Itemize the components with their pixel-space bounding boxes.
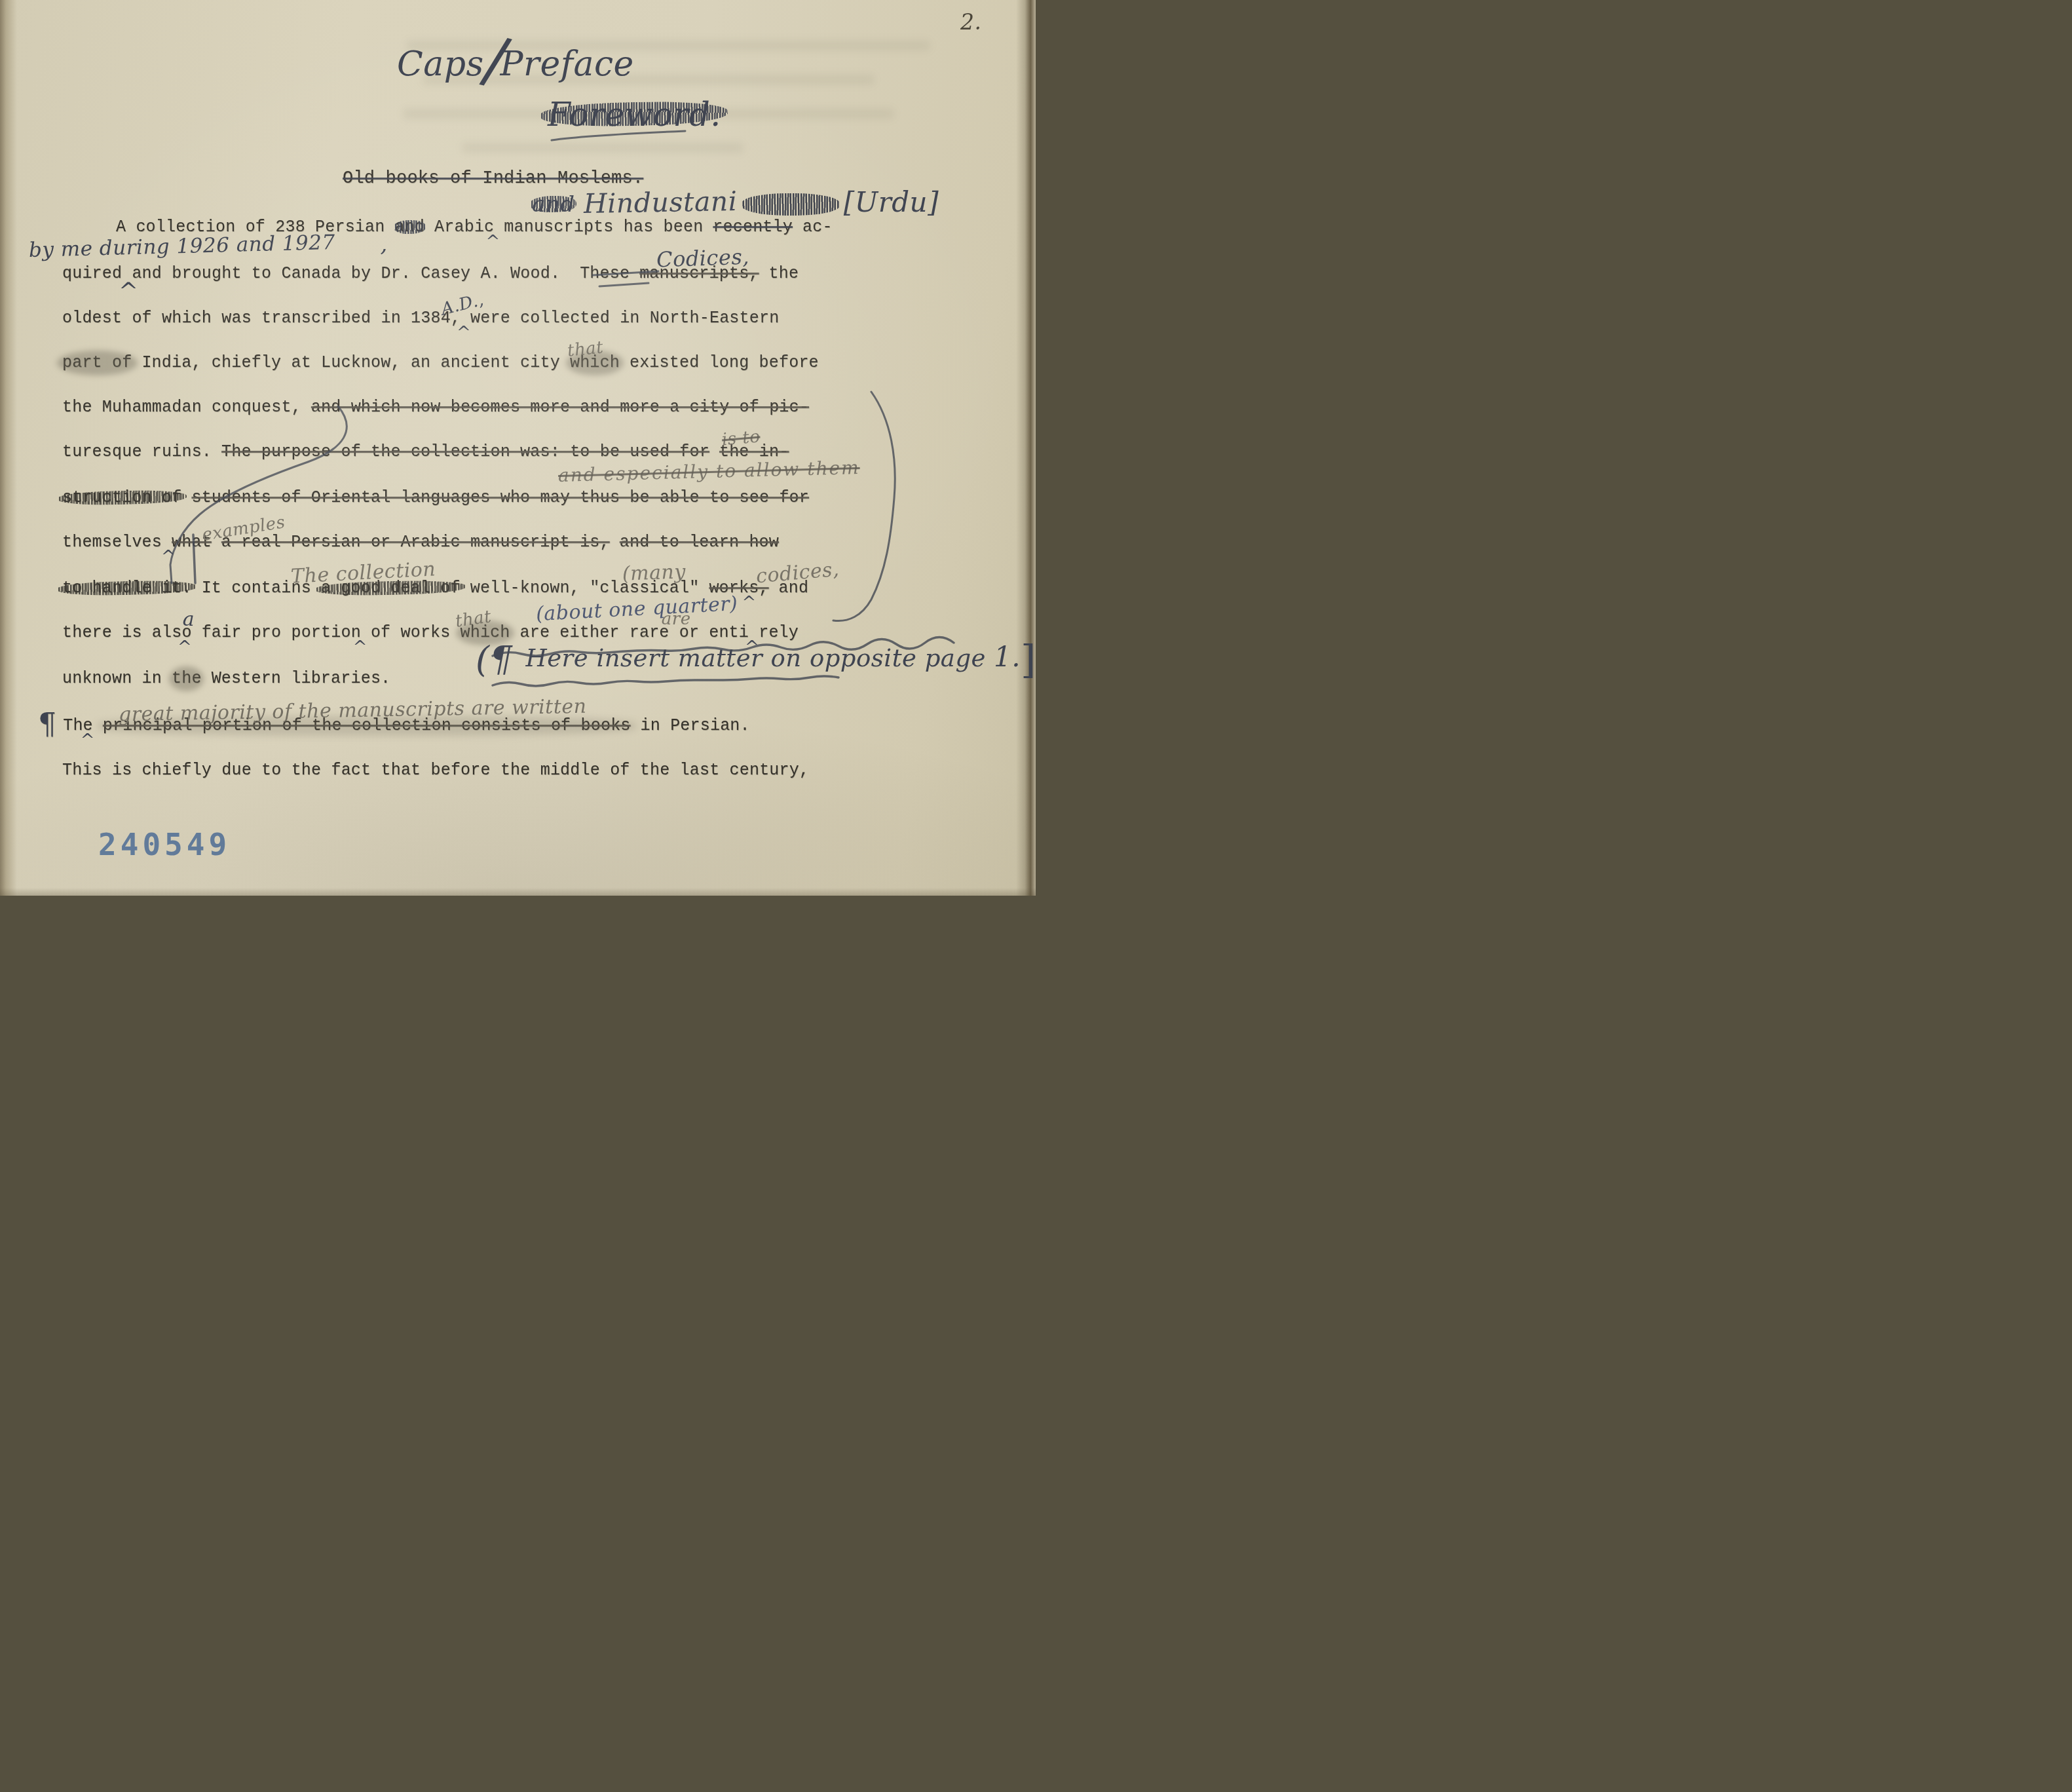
struck-word: whatexamples^ bbox=[172, 531, 212, 554]
typed-text: manuscripts has been bbox=[504, 218, 703, 237]
smudged-deleted-word: the bbox=[172, 668, 202, 690]
typed-text: existed long before bbox=[630, 353, 819, 372]
closing-bracket: ] bbox=[1021, 637, 1036, 683]
caps-instruction: Caps bbox=[397, 45, 484, 84]
typed-line: turesque ruins.The purpose of the collec… bbox=[62, 441, 789, 463]
struck-word: manuscripts,Codices, bbox=[639, 263, 759, 285]
typed-text: ac- bbox=[802, 218, 833, 237]
urdu-bracketed: [Urdu] bbox=[844, 186, 939, 218]
typed-line: to handle it.It containsThe collectiona … bbox=[62, 577, 808, 600]
caret-mark: ^ bbox=[161, 548, 176, 565]
inserted-text: are bbox=[662, 611, 691, 628]
struck-text: a real Persian or Arabic manuscript is, bbox=[221, 533, 610, 552]
inserted-text-blue-ink: (about one quarter) bbox=[535, 594, 738, 624]
note-text: Here insert matter on opposite page bbox=[525, 644, 986, 672]
typed-text: fair pro portion bbox=[202, 623, 361, 642]
typed-line: ¶The^principal portion of the collection… bbox=[38, 714, 750, 737]
deleted-heading: Foreword. bbox=[548, 96, 721, 134]
typed-line: part ofIndia, chiefly at Lucknow, an anc… bbox=[62, 352, 819, 374]
typed-text: It containsThe collection bbox=[202, 577, 311, 600]
note-page-ref: 1. bbox=[994, 641, 1021, 673]
typed-text: turesque ruins. bbox=[62, 442, 212, 461]
typed-text: These bbox=[580, 264, 630, 283]
typed-text: were collected in North-Eastern bbox=[470, 309, 779, 328]
typed-text: quired and brought to Canada by Dr. Case… bbox=[62, 263, 560, 285]
inserted-text: Codices, bbox=[656, 246, 750, 270]
caret-mark: ^ bbox=[486, 233, 500, 250]
inserted-comma: , bbox=[380, 233, 387, 256]
margin-insertion: by me during 1926 and 1927 bbox=[29, 231, 336, 262]
struck-text: to handle it. bbox=[62, 579, 192, 598]
typed-line: unknown intheWestern libraries. bbox=[62, 668, 390, 690]
inserted-text: that bbox=[567, 339, 605, 360]
inserted-language: Hindustani bbox=[584, 185, 738, 219]
inserted-text-struck: is to bbox=[721, 428, 761, 448]
handwritten-heading: Caps/Preface bbox=[397, 17, 634, 90]
caret-mark: ^ bbox=[178, 639, 192, 656]
struck-text: which bbox=[570, 353, 620, 372]
struck-text: a good deal of bbox=[321, 579, 461, 598]
typed-text: unknown in bbox=[62, 669, 162, 688]
title-annotation: andHindustani[Urdu] bbox=[532, 186, 939, 218]
page-bottom-edge bbox=[0, 888, 1036, 896]
page-spine-edge bbox=[0, 0, 17, 896]
proofreader-mark: (¶ bbox=[476, 639, 512, 680]
struck-text: The purpose of the collection was: to be… bbox=[221, 442, 709, 461]
typed-text: the Muhammadan conquest, bbox=[62, 398, 301, 417]
typed-line: the Muhammadan conquest,and which now be… bbox=[62, 396, 809, 419]
smudged-deleted-text: part of bbox=[62, 352, 132, 374]
inserted-text: codices, bbox=[755, 560, 840, 586]
typed-word: Arabic^ bbox=[434, 216, 494, 238]
struck-text: recently bbox=[713, 218, 793, 237]
inserted-text: great majority of the manuscripts are wr… bbox=[119, 697, 587, 725]
page-number: 2. bbox=[960, 9, 982, 35]
inserted-text: (many bbox=[622, 562, 686, 584]
typed-text: there is also bbox=[62, 623, 192, 642]
deleted-and: and bbox=[532, 191, 575, 218]
struck-text: and which now becomes more and more a ci… bbox=[311, 398, 809, 417]
typed-text: oldest of which was transcribed in 1384,… bbox=[62, 307, 461, 330]
struck-text: and bbox=[394, 218, 424, 237]
typed-text: oldest of which was transcribed in 1384, bbox=[62, 309, 461, 328]
struck-text: and to learn how bbox=[620, 533, 779, 552]
caret-mark: ^ bbox=[353, 639, 367, 656]
struck-word: works,codices,^ bbox=[709, 577, 768, 600]
typed-line: struction ofstudents of Oriental languag… bbox=[62, 487, 809, 509]
struck-word: whichthat bbox=[570, 352, 620, 374]
bleedthrough-ghost bbox=[462, 143, 744, 153]
scribbled-deleted-text: struction of bbox=[62, 487, 181, 509]
typed-text: fair pro portion^ bbox=[202, 622, 361, 644]
page-right-edge bbox=[1016, 0, 1036, 896]
inserted-text: a bbox=[183, 610, 195, 630]
struck-text: principal portion of the collection cons… bbox=[103, 716, 631, 735]
pilcrow-mark: ¶ bbox=[38, 708, 56, 741]
caret-mark: ^ bbox=[81, 732, 95, 749]
struck-word: and, bbox=[394, 216, 424, 238]
struck-text: students of Oriental languages who may t… bbox=[191, 488, 809, 507]
insert-note: (¶Here insert matter on opposite page1.] bbox=[476, 637, 1036, 683]
scribbled-deleted-text: to handle it. bbox=[62, 577, 192, 600]
typed-text: themselves bbox=[62, 533, 162, 552]
caret-mark: ^ bbox=[742, 594, 757, 611]
scribbled-deleted-text: a good deal of bbox=[321, 577, 461, 600]
scribbled-out-word bbox=[742, 193, 840, 216]
caret-mark: ^ bbox=[119, 280, 139, 303]
struck-text: the bbox=[172, 669, 202, 688]
struck-text: part of bbox=[62, 353, 132, 372]
deletion-loop-right-stroke bbox=[833, 392, 895, 621]
typed-line: oldest of which was transcribed in 1384,… bbox=[62, 307, 779, 330]
typed-text: the bbox=[769, 264, 799, 283]
typed-line: This is chiefly due to the fact that bef… bbox=[62, 759, 809, 782]
struck-text: struction of bbox=[62, 488, 181, 507]
typed-text: in Persian. bbox=[641, 716, 750, 735]
accession-stamp: 240549 bbox=[98, 827, 231, 862]
heading-title: Preface bbox=[500, 45, 634, 84]
struck-phrase: principal portion of the collection cons… bbox=[103, 715, 631, 737]
manuscript-page: 2. Caps/Preface Foreword. Old books of I… bbox=[0, 0, 1036, 896]
caret-mark: ^ bbox=[457, 324, 471, 341]
typed-line: quired and brought to Canada by Dr. Case… bbox=[62, 263, 799, 285]
typed-text: there is alsoa^ bbox=[62, 622, 192, 644]
typed-text: India, chiefly at Lucknow, an ancient ci… bbox=[141, 353, 560, 372]
typed-text: well-known, "classical"(many(about one q… bbox=[470, 577, 700, 600]
typed-text: of works bbox=[371, 623, 451, 642]
inserted-text: that bbox=[454, 608, 492, 630]
typed-word: The^ bbox=[63, 715, 93, 737]
typed-text: Western libraries. bbox=[212, 669, 391, 688]
typed-line: themselveswhatexamples^a real Persian or… bbox=[62, 531, 779, 554]
